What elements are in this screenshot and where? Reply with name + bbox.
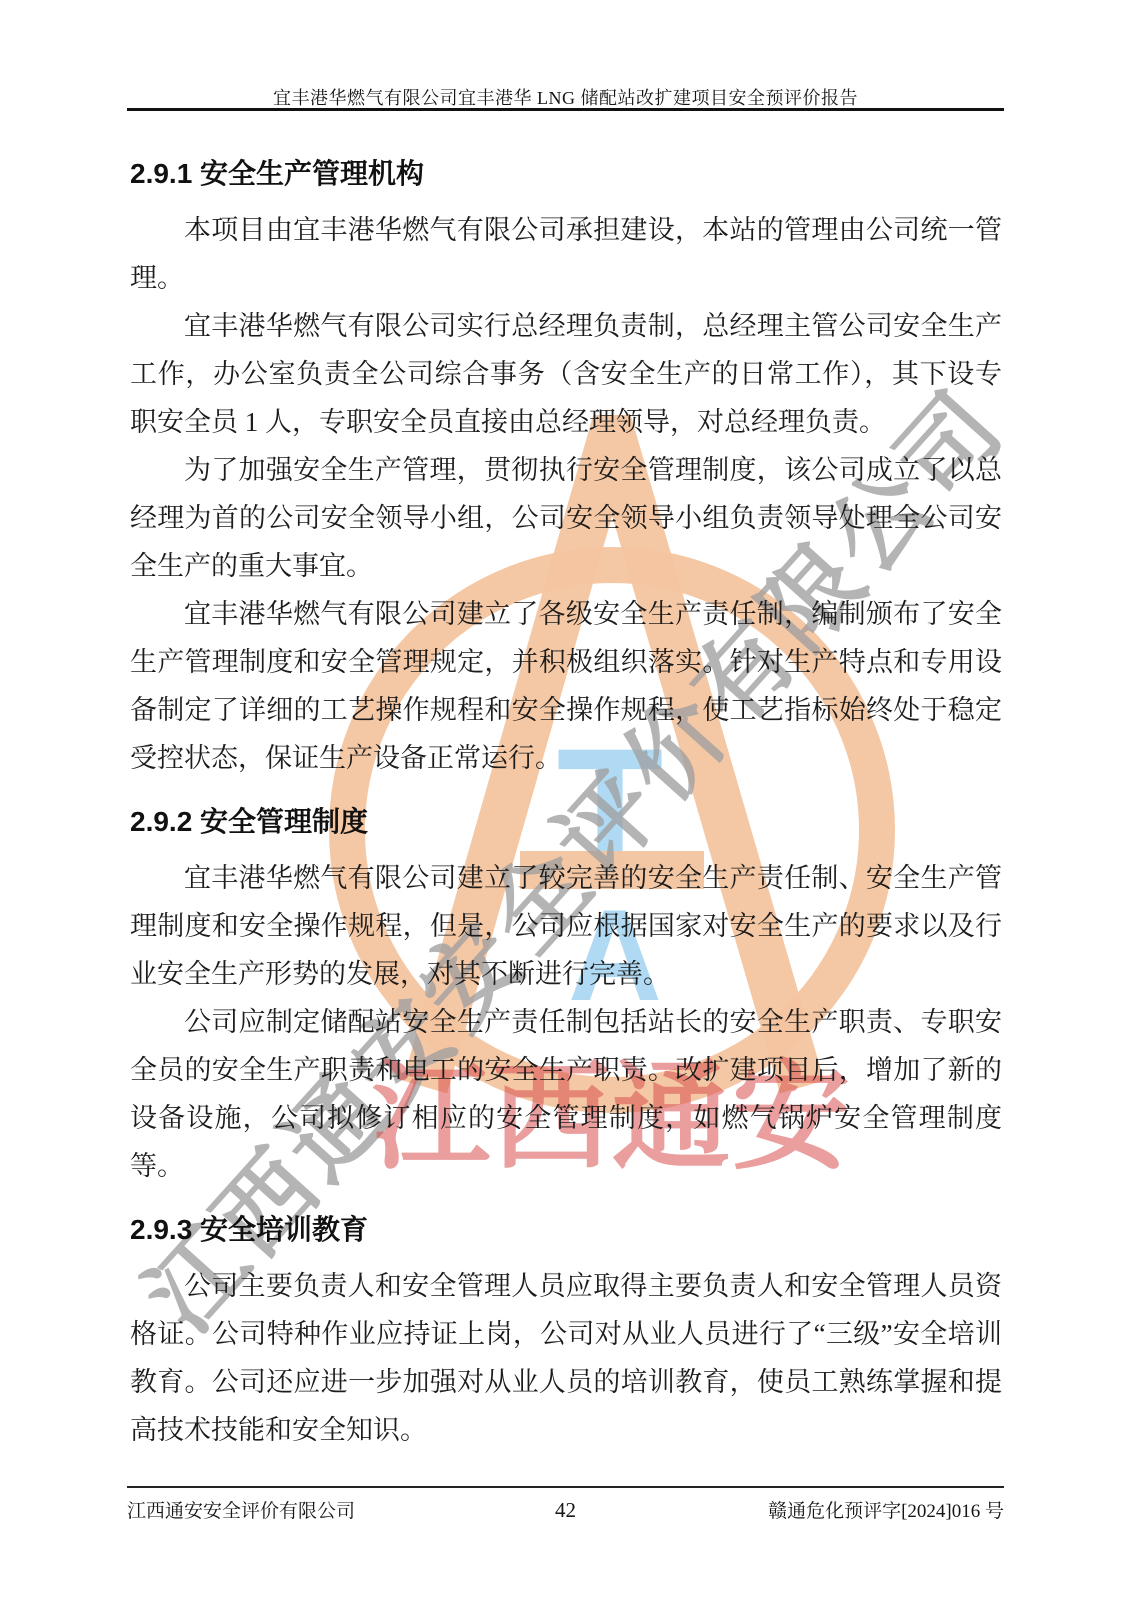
header-rule [127, 108, 1004, 111]
footer-document-number: 赣通危化预评字[2024]016 号 [768, 1496, 1004, 1523]
paragraph: 宜丰港华燃气有限公司实行总经理负责制，总经理主管公司安全生产工作，办公室负责全公… [130, 302, 1002, 446]
section-heading-2-9-2: 2.9.2 安全管理制度 [130, 804, 1002, 840]
paragraph: 为了加强安全生产管理，贯彻执行安全管理制度，该公司成立了以总经理为首的公司安全领… [130, 446, 1002, 590]
page-body: 2.9.1 安全生产管理机构 本项目由宜丰港华燃气有限公司承担建设，本站的管理由… [130, 156, 1002, 1454]
section-heading-2-9-3: 2.9.3 安全培训教育 [130, 1212, 1002, 1248]
footer-rule [127, 1486, 1004, 1488]
paragraph: 本项目由宜丰港华燃气有限公司承担建设，本站的管理由公司统一管理。 [130, 206, 1002, 302]
paragraph: 公司主要负责人和安全管理人员应取得主要负责人和安全管理人员资格证。公司特种作业应… [130, 1262, 1002, 1454]
section-heading-2-9-1: 2.9.1 安全生产管理机构 [130, 156, 1002, 192]
paragraph: 宜丰港华燃气有限公司建立了较完善的安全生产责任制、安全生产管理制度和安全操作规程… [130, 854, 1002, 998]
paragraph: 公司应制定储配站安全生产责任制包括站长的安全生产职责、专职安全员的安全生产职责和… [130, 998, 1002, 1190]
page-header-title: 宜丰港华燃气有限公司宜丰港华 LNG 储配站改扩建项目安全预评价报告 [0, 84, 1131, 110]
paragraph: 宜丰港华燃气有限公司建立了各级安全生产责任制，编制颁布了安全生产管理制度和安全管… [130, 590, 1002, 782]
